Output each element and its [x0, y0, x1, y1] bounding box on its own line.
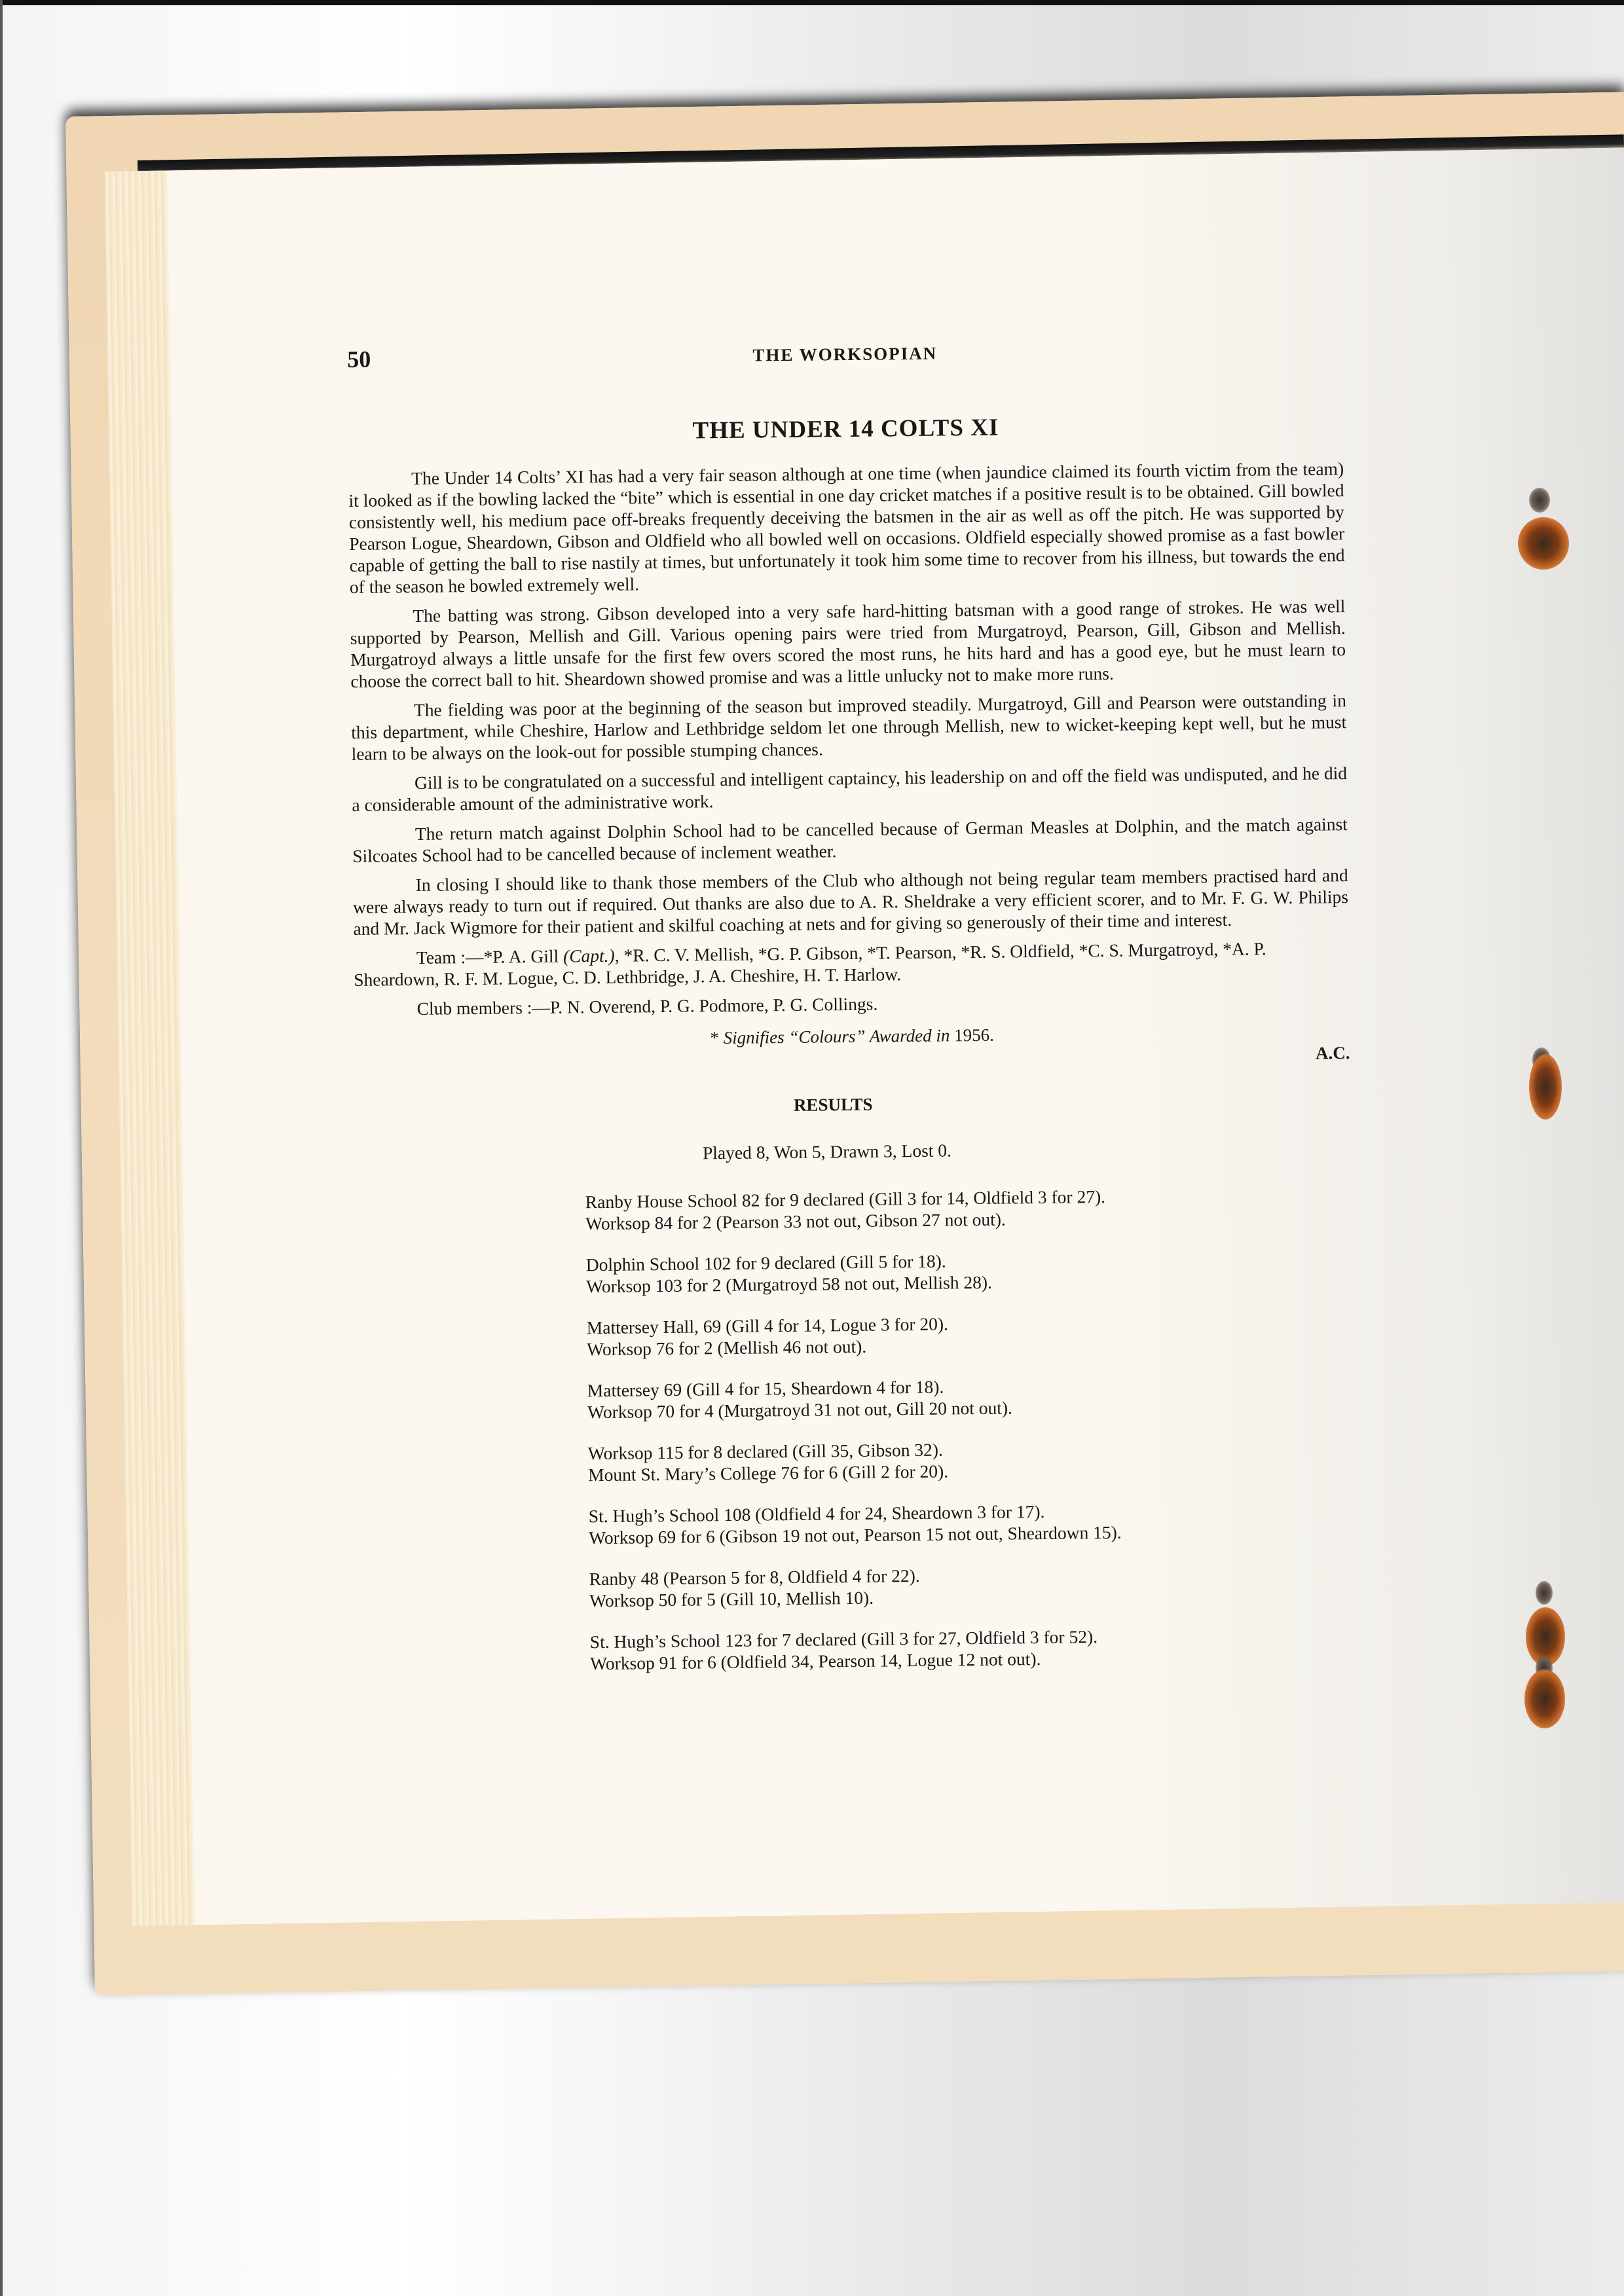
- match-result: Ranby 48 (Pearson 5 for 8, Oldfield 4 fo…: [589, 1560, 1356, 1611]
- rust-stain-icon: [1524, 1669, 1565, 1728]
- paragraph-bowling: The Under 14 Colts’ XI has had a very fa…: [348, 458, 1345, 598]
- match-result: Mattersey Hall, 69 (Gill 4 for 14, Logue…: [587, 1309, 1354, 1360]
- page-content: 50 THE WORKSOPIAN THE UNDER 14 COLTS XI …: [347, 330, 1357, 1696]
- match-result: Dolphin School 102 for 9 declared (Gill …: [586, 1246, 1353, 1297]
- scanner-edge-left: [0, 0, 3, 2296]
- scanner-edge-top: [0, 0, 1624, 5]
- paragraph-batting: The batting was strong. Gibson developed…: [350, 595, 1346, 692]
- captain-mark: (Capt.): [563, 945, 615, 966]
- results-summary: Played 8, Won 5, Drawn 3, Lost 0.: [703, 1136, 1351, 1163]
- article-title: THE UNDER 14 COLTS XI: [348, 410, 1343, 448]
- club-members-names: P. N. Overend, P. G. Podmore, P. G. Coll…: [550, 994, 878, 1017]
- results-heading: RESULTS: [355, 1089, 1350, 1120]
- match-result: Ranby House School 82 for 9 declared (Gi…: [585, 1183, 1352, 1234]
- match-result: St. Hugh’s School 123 for 7 declared (Gi…: [590, 1623, 1357, 1674]
- rust-stain-icon: [1518, 517, 1569, 570]
- staple-mark-icon: [1529, 488, 1550, 513]
- journal-title: THE WORKSOPIAN: [347, 339, 1342, 370]
- paragraph-thanks: In closing I should like to thank those …: [353, 864, 1349, 939]
- staple-mark-icon: [1536, 1581, 1553, 1605]
- team-label: Team :—: [416, 947, 484, 968]
- club-members-label: Club members :—: [417, 997, 551, 1019]
- match-result: Worksop 115 for 8 declared (Gill 35, Gib…: [588, 1434, 1355, 1485]
- team-list: Team :—*P. A. Gill (Capt.), *R. C. V. Me…: [354, 937, 1350, 991]
- paragraph-fielding: The fielding was poor at the beginning o…: [351, 689, 1347, 765]
- results-list: Ranby House School 82 for 9 declared (Gi…: [585, 1183, 1357, 1674]
- club-members: Club members :—P. N. Overend, P. G. Podm…: [354, 988, 1350, 1020]
- rust-stain-icon: [1529, 1054, 1562, 1120]
- team-captain: *P. A. Gill: [483, 946, 559, 967]
- match-result: St. Hugh’s School 108 (Oldfield 4 for 24…: [589, 1497, 1356, 1548]
- paragraph-captaincy: Gill is to be congratulated on a success…: [352, 762, 1348, 816]
- paragraph-cancellations: The return match against Dolphin School …: [352, 813, 1348, 867]
- match-result: Mattersey 69 (Gill 4 for 15, Sheardown 4…: [587, 1372, 1354, 1423]
